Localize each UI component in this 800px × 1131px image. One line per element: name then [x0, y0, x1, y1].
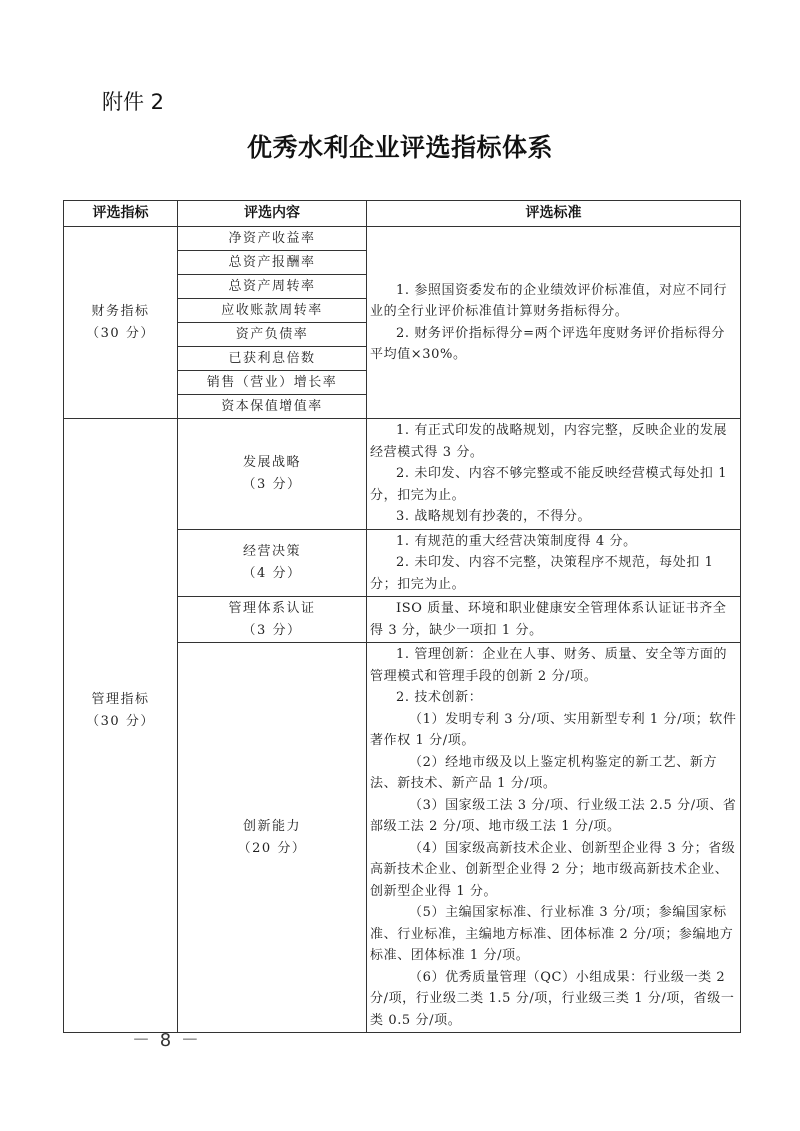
table-row: 管理指标 （30 分） 发展战略 （3 分） 1. 有正式印发的战略规划，内容完… [64, 419, 741, 530]
content-strategy: 发展战略 （3 分） [178, 419, 367, 530]
category-financial: 财务指标 （30 分） [64, 227, 178, 419]
table-row: 财务指标 （30 分） 净资产收益率 1. 参照国资委发布的企业绩效评价标准值，… [64, 227, 741, 251]
financial-item: 总资产报酬率 [178, 251, 367, 275]
header-content: 评选内容 [178, 201, 367, 227]
category-points: （30 分） [64, 711, 177, 733]
category-points: （30 分） [64, 323, 177, 345]
content-name: 发展战略 [178, 452, 366, 474]
standard-paragraph: 1. 参照国资委发布的企业绩效评价标准值，对应不同行业的全行业评价标准值计算财务… [370, 280, 738, 323]
content-name: 创新能力 [178, 816, 366, 838]
standard-paragraph: ISO 质量、环境和职业健康安全管理体系认证证书齐全得 3 分，缺少一项扣 1 … [370, 598, 738, 641]
financial-item: 销售（营业）增长率 [178, 371, 367, 395]
financial-item: 资本保值增值率 [178, 395, 367, 419]
standard-paragraph: （5）主编国家标准、行业标准 3 分/项；参编国家标准、行业标准，主编地方标准、… [370, 902, 738, 967]
attachment-label: 附件 2 [102, 86, 164, 116]
header-indicator: 评选指标 [64, 201, 178, 227]
content-points: （20 分） [178, 838, 366, 860]
standard-decision: 1. 有规范的重大经营决策制度得 4 分。 2. 未印发、内容不完整，决策程序不… [367, 529, 741, 597]
content-name: 经营决策 [178, 541, 366, 563]
content-points: （3 分） [178, 474, 366, 496]
content-decision: 经营决策 （4 分） [178, 529, 367, 597]
page-number: － 8 － [132, 1026, 201, 1052]
financial-item: 总资产周转率 [178, 275, 367, 299]
standard-innovation: 1. 管理创新：企业在人事、财务、质量、安全等方面的管理模式和管理手段的创新 2… [367, 643, 741, 1033]
standard-paragraph: （1）发明专利 3 分/项、实用新型专利 1 分/项；软件著作权 1 分/项。 [370, 709, 738, 752]
financial-item: 资产负债率 [178, 323, 367, 347]
content-certification: 管理体系认证 （3 分） [178, 597, 367, 643]
standard-paragraph: （3）国家级工法 3 分/项、行业级工法 2.5 分/项、省部级工法 2 分/项… [370, 795, 738, 838]
standard-paragraph: 2. 技术创新： [370, 687, 738, 709]
standard-paragraph: 3. 战略规划有抄袭的，不得分。 [370, 506, 738, 528]
standard-paragraph: 2. 财务评价指标得分=两个评选年度财务评价指标得分平均值×30%。 [370, 323, 738, 366]
standard-paragraph: 1. 管理创新：企业在人事、财务、质量、安全等方面的管理模式和管理手段的创新 2… [370, 644, 738, 687]
standard-paragraph: （4）国家级高新技术企业、创新型企业得 3 分；省级高新技术企业、创新型企业得 … [370, 838, 738, 903]
category-name: 管理指标 [64, 689, 177, 711]
header-standard: 评选标准 [367, 201, 741, 227]
standard-strategy: 1. 有正式印发的战略规划，内容完整，反映企业的发展经营模式得 3 分。 2. … [367, 419, 741, 530]
standard-paragraph: （6）优秀质量管理（QC）小组成果：行业级一类 2 分/项，行业级二类 1.5 … [370, 967, 738, 1032]
standard-paragraph: 1. 有正式印发的战略规划，内容完整，反映企业的发展经营模式得 3 分。 [370, 420, 738, 463]
standard-paragraph: 2. 未印发、内容不完整，决策程序不规范，每处扣 1 分；扣完为止。 [370, 552, 738, 595]
category-name: 财务指标 [64, 301, 177, 323]
financial-item: 净资产收益率 [178, 227, 367, 251]
table-header-row: 评选指标 评选内容 评选标准 [64, 201, 741, 227]
content-innovation: 创新能力 （20 分） [178, 643, 367, 1033]
content-name: 管理体系认证 [178, 598, 366, 620]
criteria-table: 评选指标 评选内容 评选标准 财务指标 （30 分） 净资产收益率 1. 参照国… [63, 200, 741, 1033]
standard-paragraph: （2）经地市级及以上鉴定机构鉴定的新工艺、新方法、新技术、新产品 1 分/项。 [370, 752, 738, 795]
content-points: （4 分） [178, 563, 366, 585]
financial-item: 应收账款周转率 [178, 299, 367, 323]
financial-standard: 1. 参照国资委发布的企业绩效评价标准值，对应不同行业的全行业评价标准值计算财务… [367, 227, 741, 419]
document-title: 优秀水利企业评选指标体系 [0, 128, 800, 164]
financial-item: 已获利息倍数 [178, 347, 367, 371]
content-points: （3 分） [178, 620, 366, 642]
standard-paragraph: 2. 未印发、内容不够完整或不能反映经营模式每处扣 1 分，扣完为止。 [370, 463, 738, 506]
category-management: 管理指标 （30 分） [64, 419, 178, 1033]
standard-paragraph: 1. 有规范的重大经营决策制度得 4 分。 [370, 531, 738, 553]
standard-certification: ISO 质量、环境和职业健康安全管理体系认证证书齐全得 3 分，缺少一项扣 1 … [367, 597, 741, 643]
